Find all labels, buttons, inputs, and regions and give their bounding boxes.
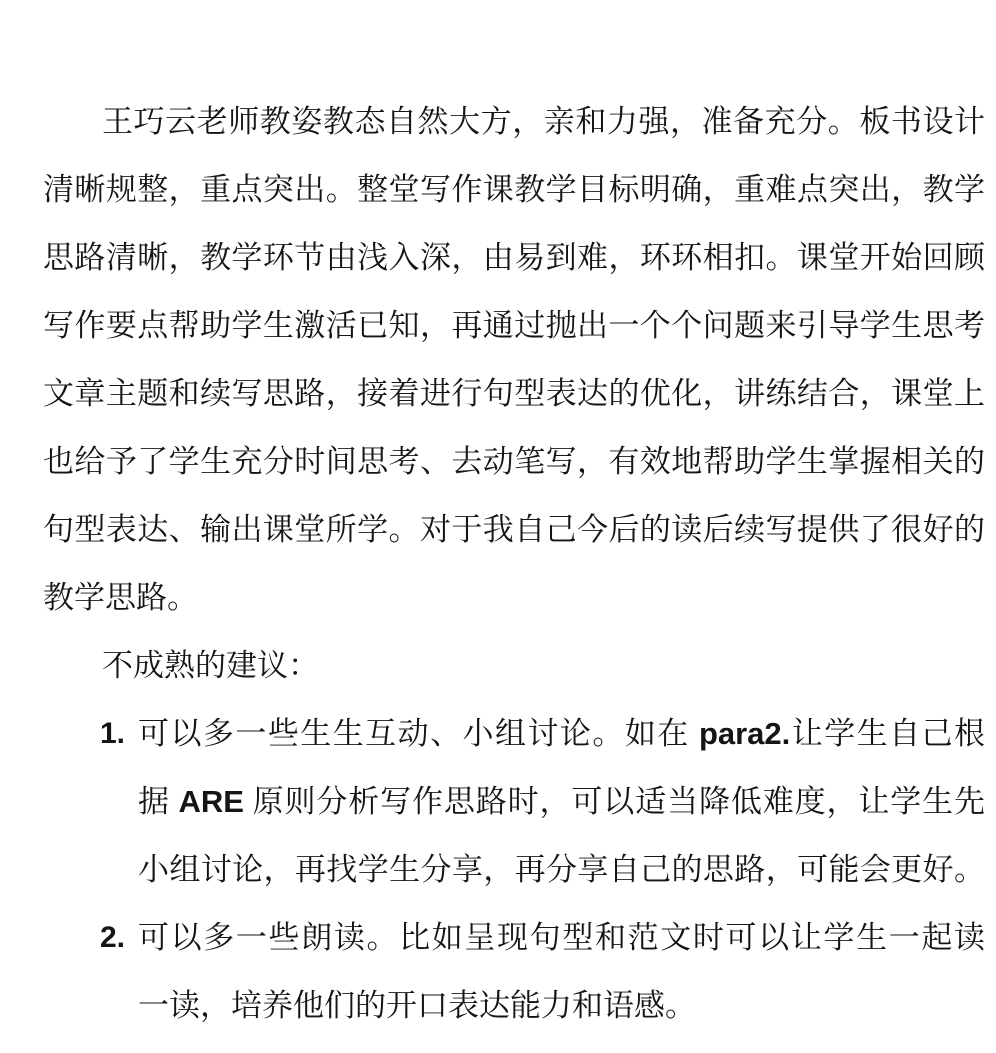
evaluation-text-block: 王巧云老师教姿教态自然大方，亲和力强，准备充分。板书设计清晰规整，重点突出。整堂…: [43, 88, 985, 1040]
list-line: 据 ARE 原则分析写作思路时，可以适当降低难度，让学生先: [43, 768, 985, 836]
text-segment: 可以多一些生生互动、小组讨论。如在: [138, 716, 699, 751]
document-page: 王巧云老师教姿教态自然大方，亲和力强，准备充分。板书设计清晰规整，重点突出。整堂…: [0, 0, 996, 1053]
text-segment: 思路清晰，教学环节由浅入深，由易到难，环环相扣。课堂开始回顾: [43, 240, 985, 275]
text-segment: 原则分析写作思路时，可以适当降低难度，让学生先: [244, 784, 985, 819]
list-number: 1.: [100, 700, 125, 768]
list-line: 2.可以多一些朗读。比如呈现句型和范文时可以让学生一起读: [43, 904, 985, 972]
text-line: 写作要点帮助学生激活已知，再通过抛出一个个问题来引导学生思考: [43, 292, 985, 360]
list-line: 一读，培养他们的开口表达能力和语感。: [43, 972, 985, 1040]
text-segment: 写作要点帮助学生激活已知，再通过抛出一个个问题来引导学生思考: [43, 308, 985, 343]
list-line: 小组讨论，再找学生分享，再分享自己的思路，可能会更好。: [43, 836, 985, 904]
text-line: 教学思路。: [43, 564, 985, 632]
text-segment: 可以多一些朗读。比如呈现句型和范文时可以让学生一起读: [138, 920, 985, 955]
text-segment: 文章主题和续写思路，接着进行句型表达的优化，讲练结合，课堂上: [43, 376, 985, 411]
text-line: 清晰规整，重点突出。整堂写作课教学目标明确，重难点突出，教学: [43, 156, 985, 224]
bold-latin-segment: ARE: [179, 784, 244, 819]
text-line: 也给予了学生充分时间思考、去动笔写，有效地帮助学生掌握相关的: [43, 428, 985, 496]
text-line: 句型表达、输出课堂所学。对于我自己今后的读后续写提供了很好的: [43, 496, 985, 564]
text-segment: 一读，培养他们的开口表达能力和语感。: [138, 988, 696, 1023]
text-line: 不成熟的建议：: [43, 632, 985, 700]
text-segment: 据: [138, 784, 179, 819]
bold-latin-segment: para2.: [699, 716, 790, 751]
text-segment: 让学生自己根: [790, 716, 985, 751]
text-line: 文章主题和续写思路，接着进行句型表达的优化，讲练结合，课堂上: [43, 360, 985, 428]
text-line: 思路清晰，教学环节由浅入深，由易到难，环环相扣。课堂开始回顾: [43, 224, 985, 292]
text-segment: 教学思路。: [43, 580, 198, 615]
list-line: 1.可以多一些生生互动、小组讨论。如在 para2.让学生自己根: [43, 700, 985, 768]
text-segment: 清晰规整，重点突出。整堂写作课教学目标明确，重难点突出，教学: [43, 172, 985, 207]
text-segment: 王巧云老师教姿教态自然大方，亲和力强，准备充分。板书设计: [102, 104, 985, 139]
text-segment: 句型表达、输出课堂所学。对于我自己今后的读后续写提供了很好的: [43, 512, 985, 547]
text-segment: 小组讨论，再找学生分享，再分享自己的思路，可能会更好。: [138, 852, 985, 887]
text-segment: 也给予了学生充分时间思考、去动笔写，有效地帮助学生掌握相关的: [43, 444, 985, 479]
text-segment: 不成熟的建议：: [102, 648, 319, 683]
text-line: 王巧云老师教姿教态自然大方，亲和力强，准备充分。板书设计: [43, 88, 985, 156]
list-number: 2.: [100, 904, 125, 972]
